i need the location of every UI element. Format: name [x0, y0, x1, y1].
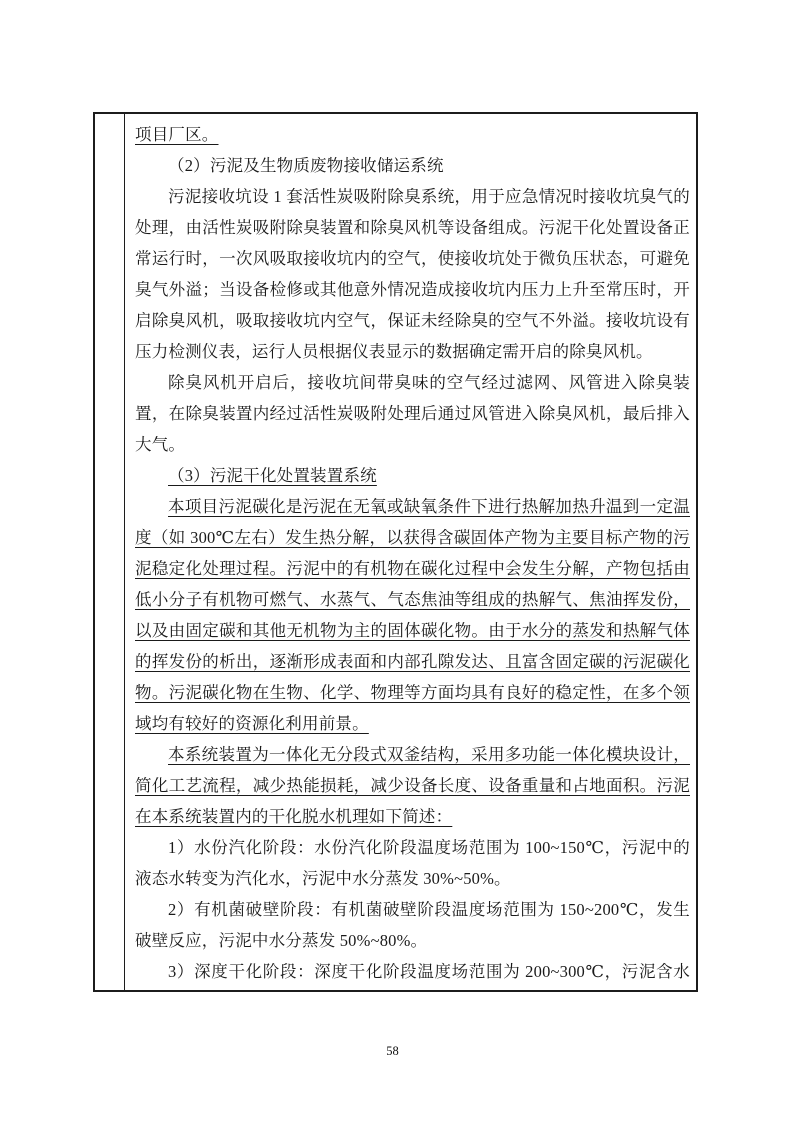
table-content-cell: 项目厂区。 （2）污泥及生物质废物接收储运系统 污泥接收坑设 1 套活性炭吸附除… — [125, 114, 696, 990]
paragraph-carbonization-process: 本项目污泥碳化是污泥在无氧或缺氧条件下进行热解加热升温到一定温度（如 300℃左… — [135, 491, 690, 739]
paragraph-odor-removal-system: 污泥接收坑设 1 套活性炭吸附除臭系统，用于应急情况时接收坑臭气的处理，由活性炭… — [135, 181, 690, 367]
table-empty-left-cell — [95, 114, 125, 990]
content-table: 项目厂区。 （2）污泥及生物质废物接收储运系统 污泥接收坑设 1 套活性炭吸附除… — [93, 112, 698, 992]
heading-sludge-receiving-system: （2）污泥及生物质废物接收储运系统 — [135, 150, 690, 181]
document-page: 项目厂区。 （2）污泥及生物质废物接收储运系统 污泥接收坑设 1 套活性炭吸附除… — [0, 0, 793, 1122]
paragraph-stage2-cell-breaking: 2）有机菌破壁阶段：有机菌破壁阶段温度场范围为 150~200℃，发生破壁反应，… — [135, 894, 690, 956]
paragraph-system-structure: 本系统装置为一体化无分段式双釜结构，采用多功能一体化模块设计，简化工艺流程，减少… — [135, 739, 690, 832]
paragraph-stage3-deep-drying: 3）深度干化阶段：深度干化阶段温度场范围为 200~300℃，污泥含水率≤10%… — [135, 956, 690, 990]
paragraph-odor-fan-operation: 除臭风机开启后，接收坑间带臭味的空气经过滤网、风管进入除臭装置，在除臭装置内经过… — [135, 367, 690, 460]
paragraph-stage1-vaporization: 1）水份汽化阶段：水份汽化阶段温度场范围为 100~150℃，污泥中的液态水转变… — [135, 832, 690, 894]
heading-sludge-drying-system: （3）污泥干化处置装置系统 — [135, 460, 690, 491]
paragraph-continuation: 项目厂区。 — [135, 119, 690, 150]
page-number: 58 — [0, 1044, 785, 1059]
